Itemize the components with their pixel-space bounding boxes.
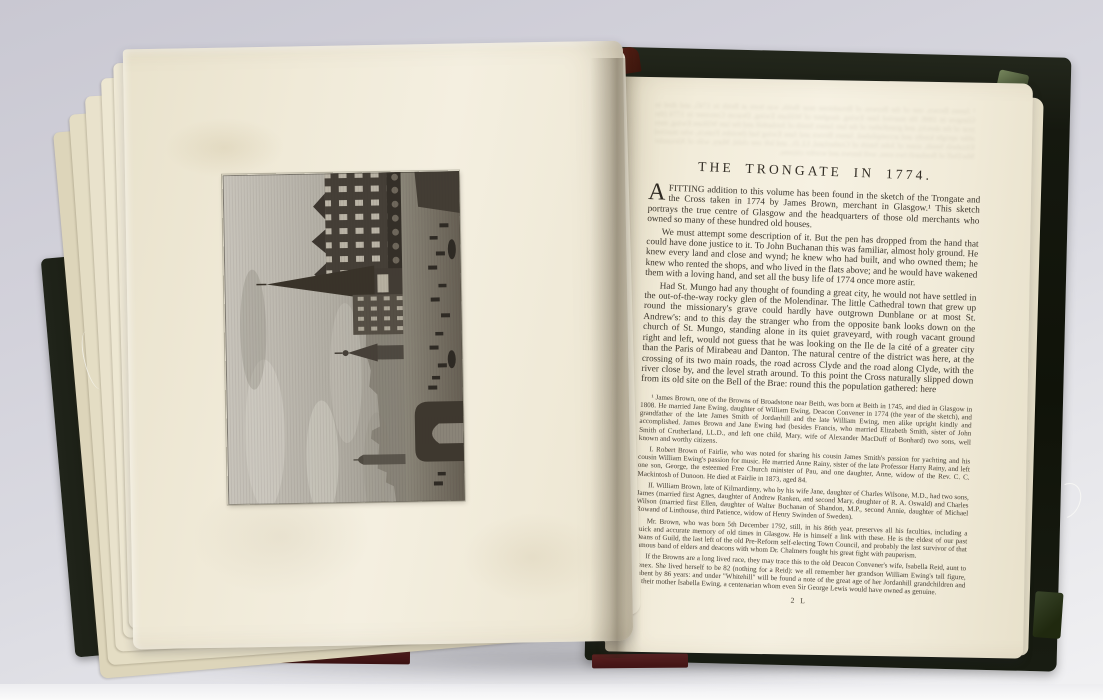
foxing-stain [461, 511, 603, 603]
paragraph: Had St. Mungo had any thought of foundin… [641, 280, 977, 397]
trongate-engraving [222, 171, 465, 505]
show-through-text: ¹ James Brown, one of the Browns of Broa… [654, 100, 975, 159]
cover-cloth-corner-bottom [1032, 591, 1063, 639]
engraving-plate [222, 171, 465, 505]
drop-cap: A [648, 182, 669, 203]
cover-bottom-edge-mid [592, 654, 688, 669]
table-surface [0, 684, 1103, 700]
left-page [123, 41, 633, 650]
text-column: ¹ James Brown, one of the Browns of Broa… [633, 157, 982, 612]
foxing-stain [164, 117, 285, 179]
right-page: ¹ James Brown, one of the Browns of Broa… [605, 76, 1033, 658]
paragraph-text: FITTING addition to this volume has been… [647, 183, 980, 230]
page-title: THE TRONGATE IN 1774. [649, 157, 981, 186]
book-photo-scene: ¹ James Brown, one of the Browns of Broa… [0, 0, 1103, 700]
footnote: ¹ James Brown, one of the Browns of Broa… [639, 393, 973, 455]
engraving-rotated-wrapper [222, 171, 465, 505]
footnotes-block: ¹ James Brown, one of the Browns of Broa… [633, 393, 972, 598]
